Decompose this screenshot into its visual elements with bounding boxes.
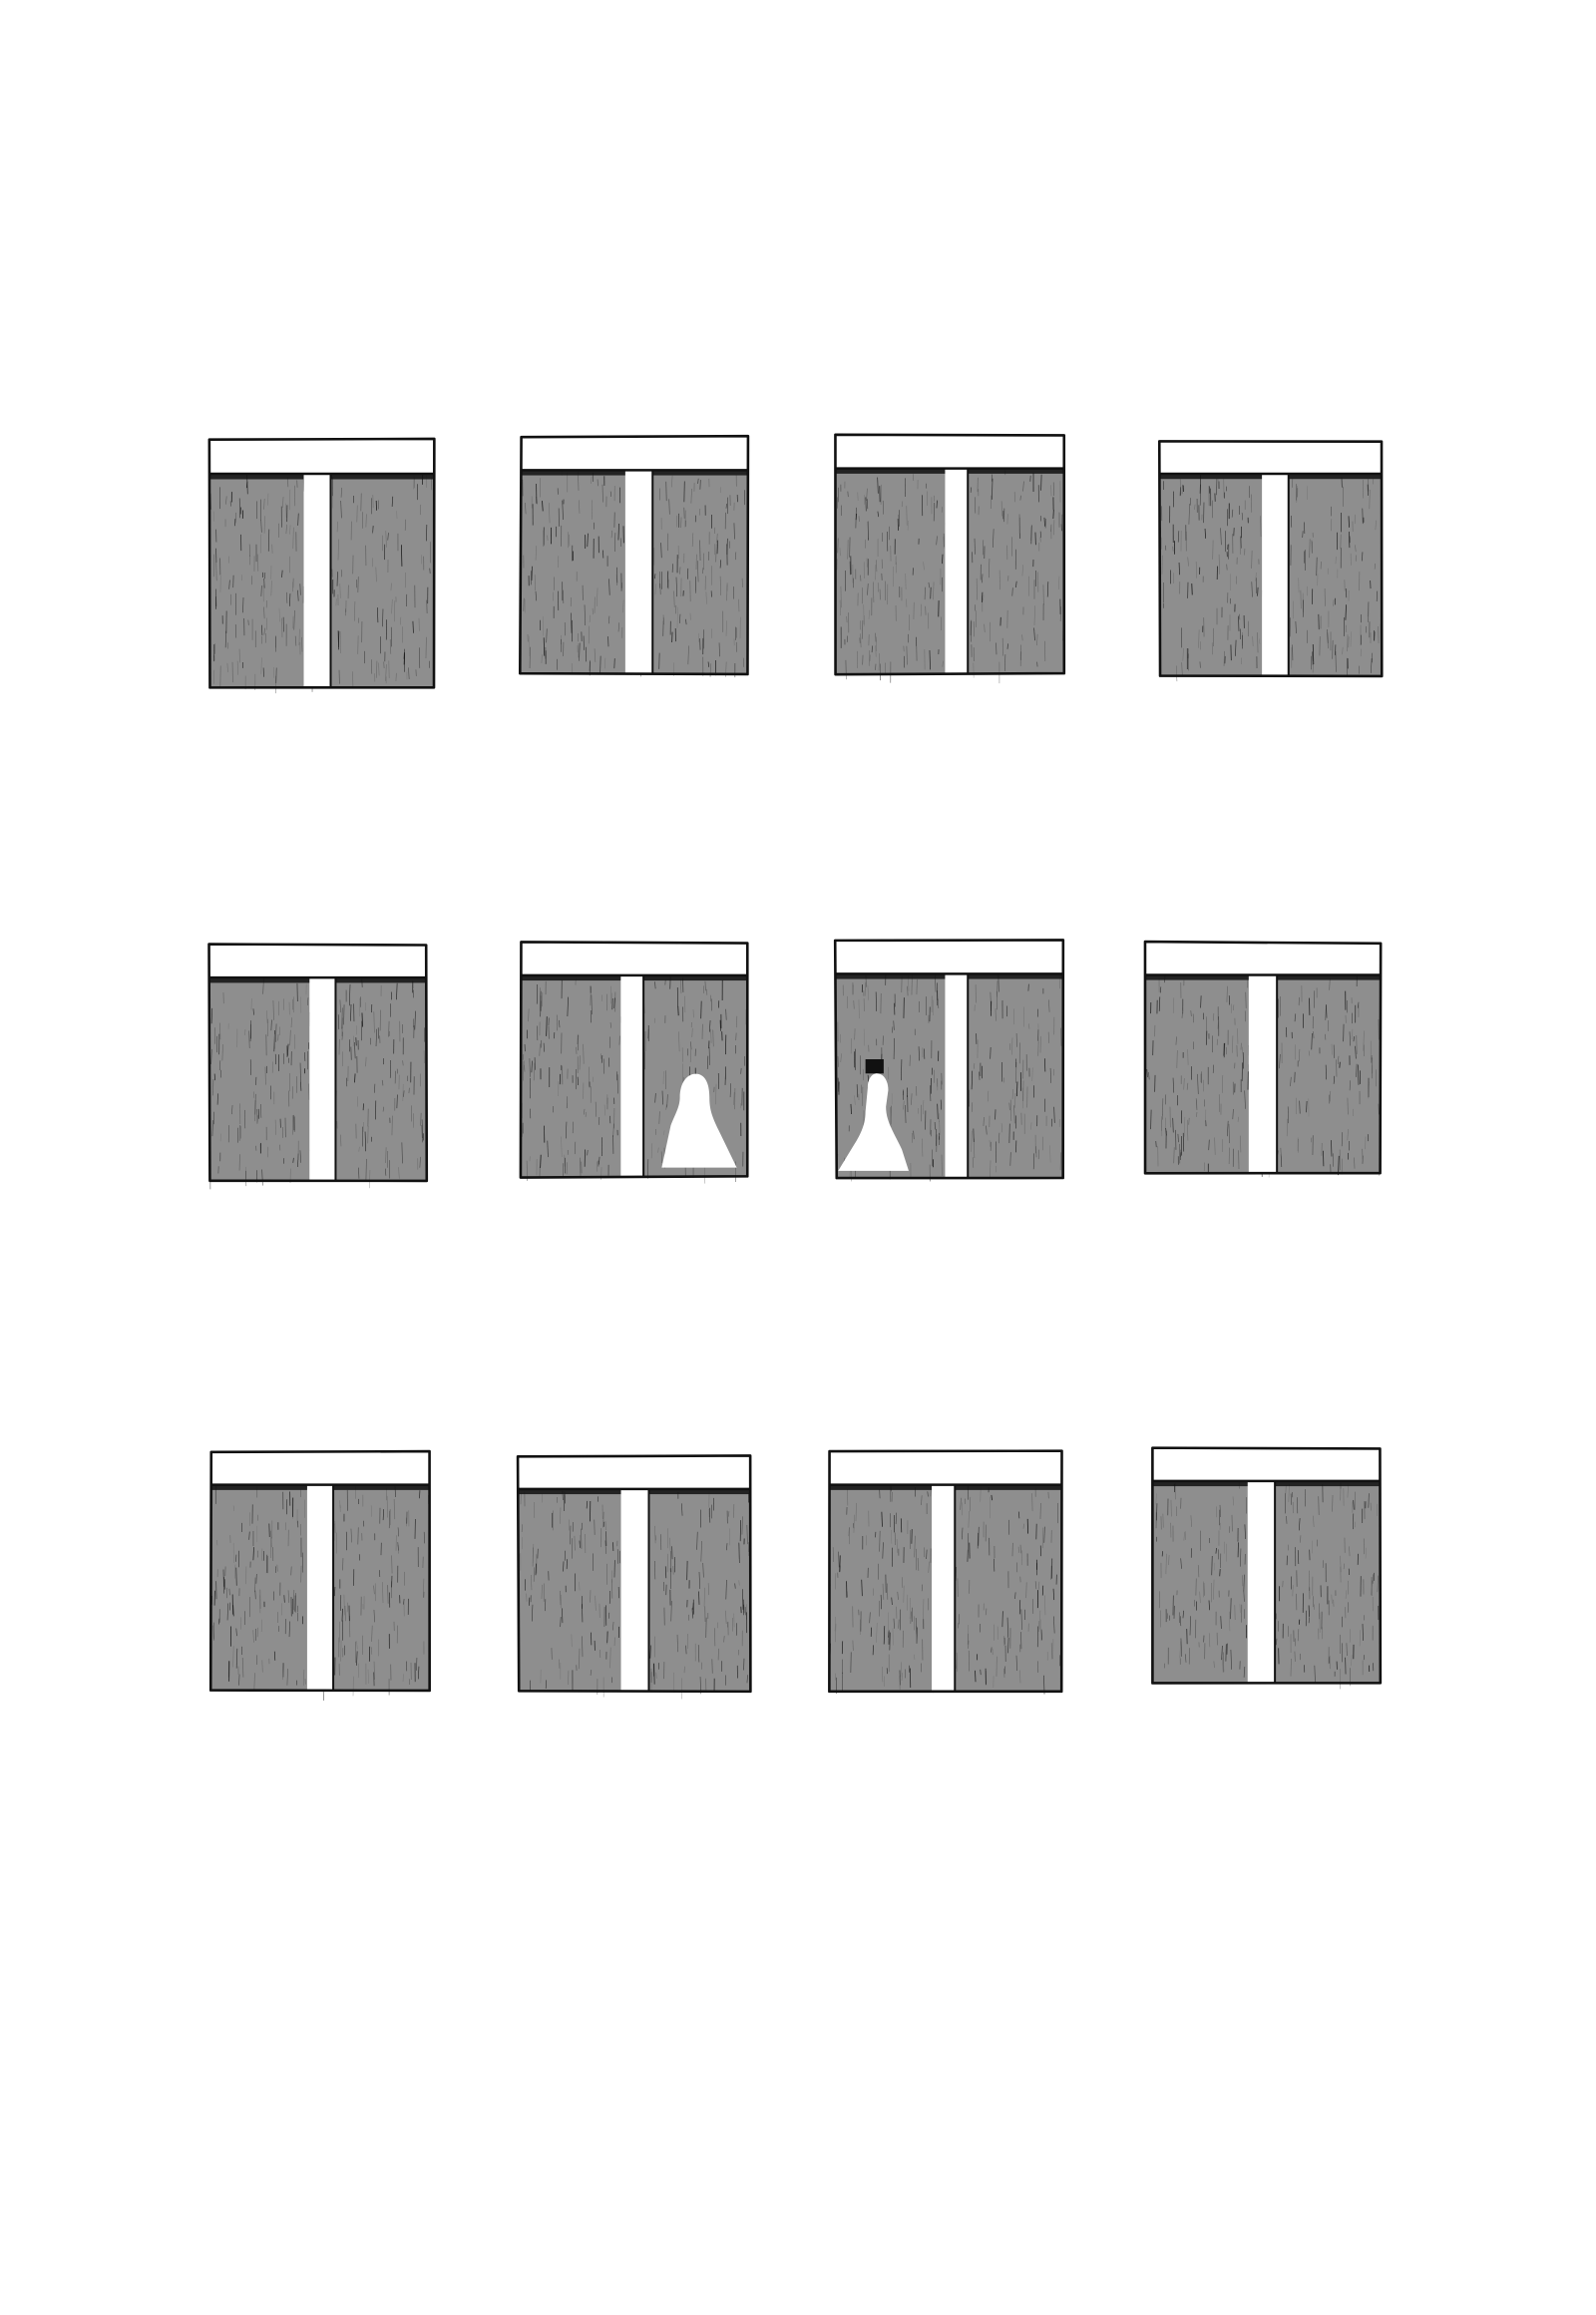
panel-5 <box>209 945 427 1181</box>
panel-3 <box>836 435 1063 674</box>
panel-11 <box>830 1451 1061 1691</box>
panel-4 <box>1160 441 1382 676</box>
panel-12 <box>1152 1448 1380 1683</box>
panel-1 <box>209 439 434 688</box>
panel-7 <box>836 941 1063 1178</box>
panel-6 <box>521 943 748 1177</box>
panel-8 <box>1145 943 1381 1174</box>
panel-9 <box>211 1451 429 1691</box>
panel-2 <box>521 437 748 674</box>
panel-10 <box>519 1456 751 1691</box>
